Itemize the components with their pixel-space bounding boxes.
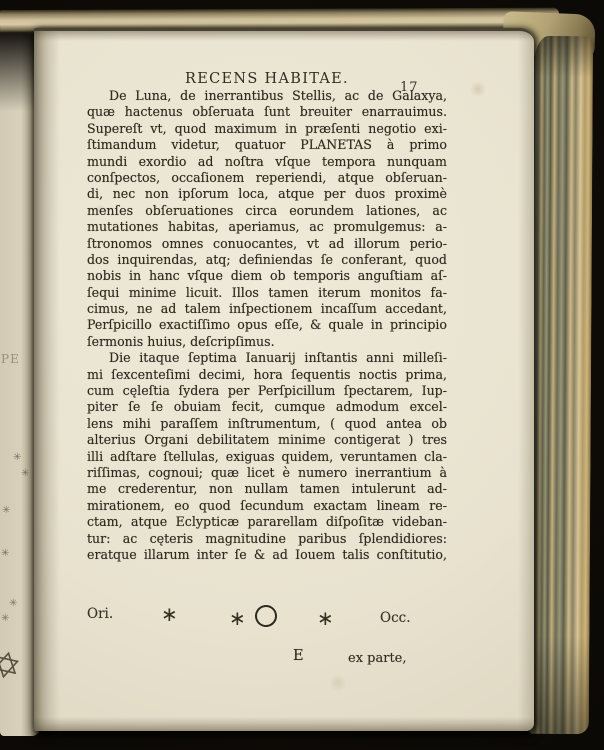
star-icon: ∗ xyxy=(317,608,334,628)
jupiter-circle-icon xyxy=(254,604,279,629)
text-line: De Luna, de inerrantibus Stellis, ac de … xyxy=(87,88,447,104)
book-fore-edge xyxy=(529,36,593,734)
signature-mark: E xyxy=(293,648,304,664)
text-line: ctam, atque Eclypticæ pararellam diſpoſi… xyxy=(87,514,447,530)
margin-star-icon: ✳ xyxy=(13,452,21,463)
text-line: mirationem, eo quod ſecundum exactam lin… xyxy=(87,498,447,514)
margin-star-outline-icon xyxy=(0,647,24,683)
marginalia-note: PE xyxy=(1,352,20,366)
running-header: RECENS HABITAE. xyxy=(87,71,447,87)
orient-label: Ori. xyxy=(87,606,113,622)
text-line: alterius Organi debilitatem minime conti… xyxy=(87,432,447,448)
text-block: De Luna, de inerrantibus Stellis, ac de … xyxy=(87,88,447,563)
margin-star-icon: ✳ xyxy=(1,613,9,624)
text-line: cum cęleſtia ſydera per Perſpicillum ſpe… xyxy=(87,383,447,399)
text-line: Perſpicillo exactiſſimo opus eſſe, & qua… xyxy=(87,317,447,333)
text-line: menſes obſeruationes circa eorundem lati… xyxy=(87,203,447,219)
margin-star-icon: ✳ xyxy=(2,505,10,516)
margin-star-icon: ✳ xyxy=(21,468,29,479)
text-line: eratque illarum inter ſe & ad Iouem tali… xyxy=(87,547,447,563)
text-line: mundi exordio ad noſtra vſque tempora nu… xyxy=(87,154,447,170)
text-line: illi adſtare ſtellulas, exiguas quidem, … xyxy=(87,449,447,465)
text-line: me crederentur, non nullam tamen intuler… xyxy=(87,481,447,497)
text-line: mutationes habitas, aperiamus, ac promul… xyxy=(87,219,447,235)
text-line: Die itaque ſeptima Ianuarij inſtantis an… xyxy=(87,350,447,366)
text-line: ſermonis huius, deſcripſimus. xyxy=(87,334,447,350)
catchword: ex parte, xyxy=(348,651,407,666)
text-line: di, nec non ipſorum loca, atque per duos… xyxy=(87,186,447,202)
text-line: conſpectos, occaſionem reperiendi, atque… xyxy=(87,170,447,186)
text-line: Supereſt vt, quod maximum in præſenti ne… xyxy=(87,121,447,137)
text-line: ſtimandum videtur, quatuor PLANETAS à pr… xyxy=(87,137,447,153)
occident-label: Occ. xyxy=(380,610,410,626)
text-line: dos inquirendas, atq; definiendas ſe con… xyxy=(87,252,447,268)
margin-star-icon: ✳ xyxy=(9,598,17,609)
book-page: RECENS HABITAE. 17 De Luna, de inerranti… xyxy=(34,28,534,731)
text-line: ſtronomos omnes conuocantes, vt ad illor… xyxy=(87,236,447,252)
text-line: tur: ac cęteris magnitudine paribus ſple… xyxy=(87,531,447,547)
text-line: cimus, ne ad talem inſpectionem incaſſum… xyxy=(87,301,447,317)
margin-star-icon: ✳ xyxy=(1,548,9,559)
text-line: lens mihi paraſſem inſtrumentum, ( quod … xyxy=(87,416,447,432)
text-line: riſſimas, cognoui; quæ licet è numero in… xyxy=(87,465,447,481)
star-icon: ∗ xyxy=(161,604,178,624)
text-line: nobis in hanc vſque diem ob temporis ang… xyxy=(87,268,447,284)
book-photo: PE ✳ ✳ ✳ ✳ ✳ ✳ RECENS HABITAE. 17 De Lun… xyxy=(0,0,604,750)
star-icon: ∗ xyxy=(229,608,246,628)
text-line: mi ſexcenteſimi decimi, hora ſequentis n… xyxy=(87,367,447,383)
text-line: piter ſe ſe obuiam fecit, cumque admodum… xyxy=(87,399,447,415)
text-line: ſequi minime licuit. Illos tamen iterum … xyxy=(87,285,447,301)
text-line: quæ hactenus obſeruata ſunt breuiter ena… xyxy=(87,104,447,120)
